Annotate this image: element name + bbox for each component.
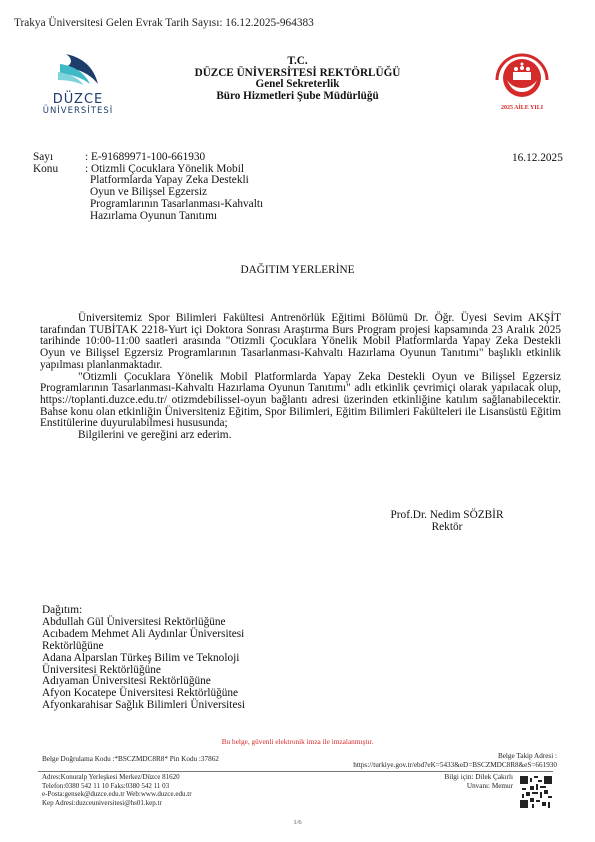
konu-value: : Otizmli Çocuklara Yönelik Mobil Platfo… [85,164,305,223]
family-year-caption: 2025 AİLE YILI [487,105,557,111]
signer-name: Prof.Dr. Nedim SÖZBİR [362,509,532,521]
info-contact: Bilgi için: Dilek Çakırlı Unvanı: Memur [445,773,513,791]
list-item: Adana Alparslan Türkeş Bilim ve Teknoloj… [42,653,245,665]
sayi-label: Sayı [33,152,85,164]
logo-name-line2: ÜNİVERSİTESİ [38,106,118,116]
document-body: Üniversitemiz Spor Bilimleri Fakültesi A… [40,313,561,442]
document-date: 16.12.2025 [512,152,563,164]
qr-code-icon [520,776,552,808]
distribution-title: DAĞITIM YERLERİNE [0,264,595,276]
body-paragraph-2: "Otizmli Çocuklara Yönelik Mobil Platfor… [40,372,561,431]
list-item: Rektörlüğüne [42,641,245,653]
footer-divider [38,771,553,772]
document-meta: Sayı : E-91689971-100-661930 Konu : Otiz… [33,152,305,222]
family-emblem-icon [487,50,557,100]
signature-block: Prof.Dr. Nedim SÖZBİR Rektör [362,509,532,533]
body-paragraph-1: Üniversitemiz Spor Bilimleri Fakültesi A… [40,313,561,372]
esign-notice: Bu belge, güvenli elektronik imza ile im… [0,737,595,746]
tracking-url[interactable]: https://turkiye.gov.tr/ebd?eK=5433&eD=BS… [353,761,557,770]
signer-title: Rektör [362,521,532,533]
info-person: Bilgi için: Dilek Çakırlı [445,773,513,782]
list-item: Acıbadem Mehmet Ali Aydınlar Üniversites… [42,629,245,641]
konu-line: Programlarının Tasarlanması-Kahvaltı [85,199,305,211]
contact-address: Adres:Konuralp Yerleşkesi Merkez/Düzce 8… [42,773,192,808]
kep-line: Kep Adresi:duzceuniversitesi@hs01.kep.tr [42,799,192,808]
distribution-list: Dağıtım: Abdullah Gül Üniversitesi Rektö… [42,605,245,712]
info-title: Unvanı: Memur [445,782,513,791]
address-line: Adres:Konuralp Yerleşkesi Merkez/Düzce 8… [42,773,192,782]
page-number: 1/6 [0,819,595,826]
tracking-label: Belge Takip Adresi : [353,752,557,761]
email-web-line[interactable]: e-Posta:gensek@duzce.edu.tr Web:www.duzc… [42,790,192,799]
tracking-address: Belge Takip Adresi : https://turkiye.gov… [353,752,557,770]
verification-code: Belge Doğrulama Kodu :*BSCZMDC8R8* Pin K… [42,755,219,763]
konu-label: Konu [33,164,85,223]
family-year-logo: 2025 AİLE YILI [487,50,557,112]
body-paragraph-3: Bilgilerini ve gereğini arz ederim. [40,430,561,442]
phone-line: Telefon:0380 542 11 10 Faks:0380 542 11 … [42,782,192,791]
list-item: Afyonkarahisar Sağlık Bilimleri Üniversi… [42,700,245,712]
incoming-document-stamp: Trakya Üniversitesi Gelen Evrak Tarih Sa… [14,17,314,29]
sayi-value: : E-91689971-100-661930 [85,152,305,164]
konu-line: Hazırlama Oyunun Tanıtımı [85,211,305,223]
